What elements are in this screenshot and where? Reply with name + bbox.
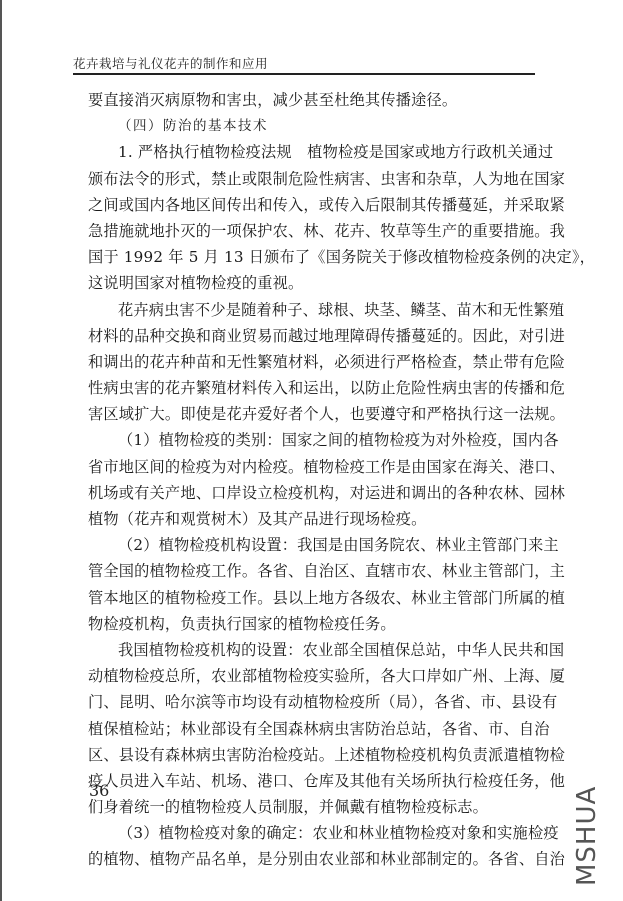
paragraph-line: 机场或有关产地、口岸设立检疫机构，对运进和调出的各种农林、园林 (88, 480, 535, 506)
paragraph-line: 要直接消灭病原物和害虫，减少甚至杜绝其传播途径。 (88, 87, 535, 113)
page-left-edge (0, 0, 2, 901)
body-text: 要直接消灭病原物和害虫，减少甚至杜绝其传播途径。 （四）防治的基本技术 1. 严… (88, 87, 535, 873)
paragraph-line: 植保植检站；林业部设有全国森林病虫害防治总站，各省、市、自治 (88, 716, 535, 742)
paragraph-line: 1. 严格执行植物检疫法规 植物检疫是国家或地方行政机关通过 (88, 139, 535, 165)
paragraph-line: 的植物、植物产品名单，是分别由农业部和林业部制定的。各省、自治 (88, 846, 535, 872)
paragraph-line: 动植物检疫总所，农业部植物检疫实验所，各大口岸如广州、上海、厦 (88, 663, 535, 689)
paragraph-line: 疫人员进入车站、机场、港口、仓库及其他有关场所执行检疫任务，他 (88, 768, 535, 794)
paragraph-line: 管全国的植物检疫工作。各省、自治区、直辖市农、林业主管部门，主 (88, 558, 535, 584)
paragraph-line: 花卉病虫害不少是随着种子、球根、块茎、鳞茎、苗木和无性繁殖 (88, 297, 535, 323)
paragraph-line: 害区域扩大。即使是花卉爱好者个人，也要遵守和严格执行这一法规。 (88, 401, 535, 427)
paragraph-line: （1）植物检疫的类别：国家之间的植物检疫为对外检疫，国内各 (88, 427, 535, 453)
paragraph-line: 和调出的花卉种苗和无性繁殖材料，必须进行严格检查，禁止带有危险 (88, 349, 535, 375)
header-rule (73, 73, 535, 75)
paragraph-line: 颁布法令的形式，禁止或限制危险性病害、虫害和杂草，人为地在国家 (88, 166, 535, 192)
paragraph-line: 省市地区间的检疫为对内检疫。植物检疫工作是由国家在海关、港口、 (88, 454, 535, 480)
paragraph-line: 材料的品种交换和商业贸易而越过地理障碍传播蔓延的。因此，对引进 (88, 323, 535, 349)
paragraph-line: 急措施就地扑灭的一项保护农、林、花卉、牧草等生产的重要措施。我 (88, 218, 535, 244)
paragraph-line: 物检疫机构，负责执行国家的植物检疫任务。 (88, 611, 535, 637)
paragraph-line: （2）植物检疫机构设置：我国是由国务院农、林业主管部门来主 (88, 532, 535, 558)
paragraph-line: 性病虫害的花卉繁殖材料传入和运出，以防止危险性病虫害的传播和危 (88, 375, 535, 401)
paragraph-line: 区、县设有森林病虫害防治检疫站。上述植物检疫机构负责派遣植物检 (88, 742, 535, 768)
page-number: 36 (89, 781, 109, 800)
section-heading: （四）防治的基本技术 (88, 113, 535, 139)
paragraph-line: （3）植物检疫对象的确定：农业和林业植物检疫对象和实施检疫 (88, 820, 535, 846)
paragraph-line: 这说明国家对植物检疫的重视。 (88, 270, 535, 296)
paragraph-line: 国于 1992 年 5 月 13 日颁布了《国务院关于修改植物检疫条例的决定》， (88, 244, 535, 270)
watermark: MSHUA (572, 786, 602, 886)
paragraph-line: 管本地区的植物检疫工作。县以上地方各级农、林业主管部门所属的植 (88, 585, 535, 611)
paragraph-line: 们身着统一的植物检疫人员制服，并佩戴有植物检疫标志。 (88, 794, 535, 820)
paragraph-line: 之间或国内各地区间传出和传入，或传入后限制其传播蔓延，并采取紧 (88, 192, 535, 218)
paragraph-line: 我国植物检疫机构的设置：农业部全国植保总站，中华人民共和国 (88, 637, 535, 663)
running-header: 花卉栽培与礼仪花卉的制作和应用 (73, 54, 268, 72)
paragraph-line: 植物（花卉和观赏树木）及其产品进行现场检疫。 (88, 506, 535, 532)
paragraph-line: 门、昆明、哈尔滨等市均设有动植物检疫所（局），各省、市、县设有 (88, 689, 535, 715)
